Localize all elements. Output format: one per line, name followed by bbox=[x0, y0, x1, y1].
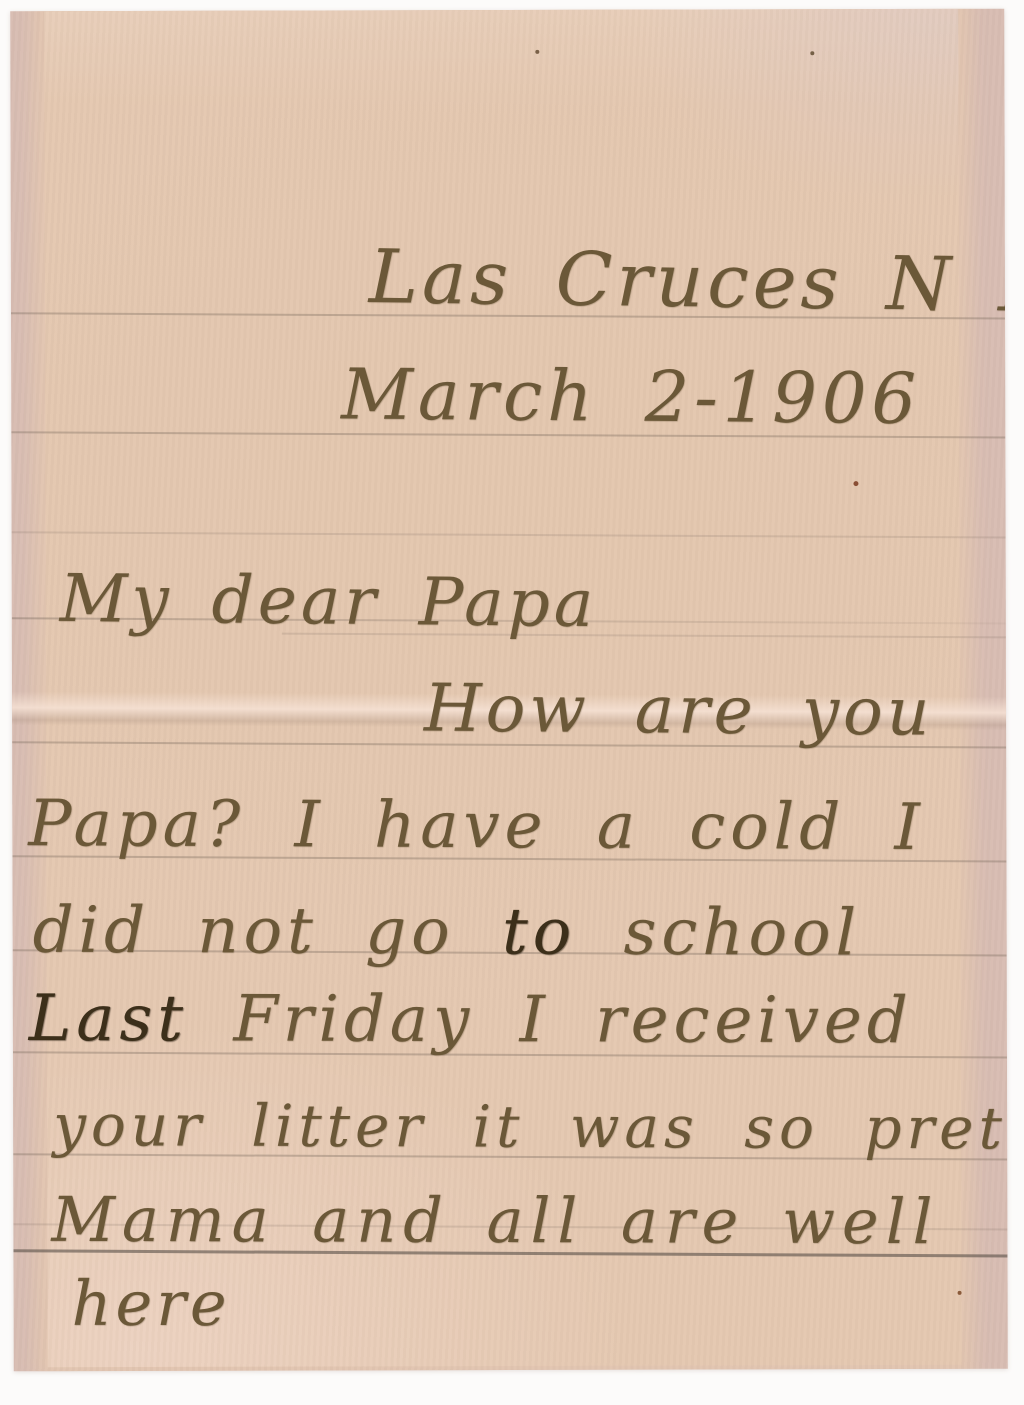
letter-page: Las Cruces N Mex March 2-1906 My dear Pa… bbox=[10, 9, 1008, 1372]
ink-speck bbox=[853, 481, 858, 486]
ink-speck bbox=[810, 51, 814, 55]
body-line-5: your litter it was so pretty bbox=[53, 1096, 1008, 1158]
body-line-1: How are you bbox=[424, 676, 934, 746]
body-line-7: here bbox=[72, 1273, 231, 1335]
text-segment: did not go bbox=[33, 894, 503, 970]
text-segment-overwritten: to bbox=[502, 895, 577, 969]
heading-place-line: Las Cruces N Mex bbox=[368, 240, 1007, 325]
scanner-background: Las Cruces N Mex March 2-1906 My dear Pa… bbox=[0, 0, 1024, 1405]
body-line-2: Papa? I have a cold I bbox=[28, 792, 925, 860]
ink-speck bbox=[535, 50, 539, 54]
text-segment: Friday I received bbox=[188, 982, 913, 1058]
text-segment: school bbox=[576, 896, 861, 971]
body-line-3: did not go to school bbox=[33, 899, 862, 966]
text-segment-overwritten: Last bbox=[29, 982, 188, 1056]
salutation: My dear Papa bbox=[59, 566, 597, 637]
ink-speck bbox=[958, 1291, 962, 1295]
body-line-4: Last Friday I received bbox=[29, 987, 913, 1053]
body-line-6: Mama and all are well bbox=[51, 1189, 939, 1253]
heading-date-line: March 2-1906 bbox=[341, 359, 921, 434]
